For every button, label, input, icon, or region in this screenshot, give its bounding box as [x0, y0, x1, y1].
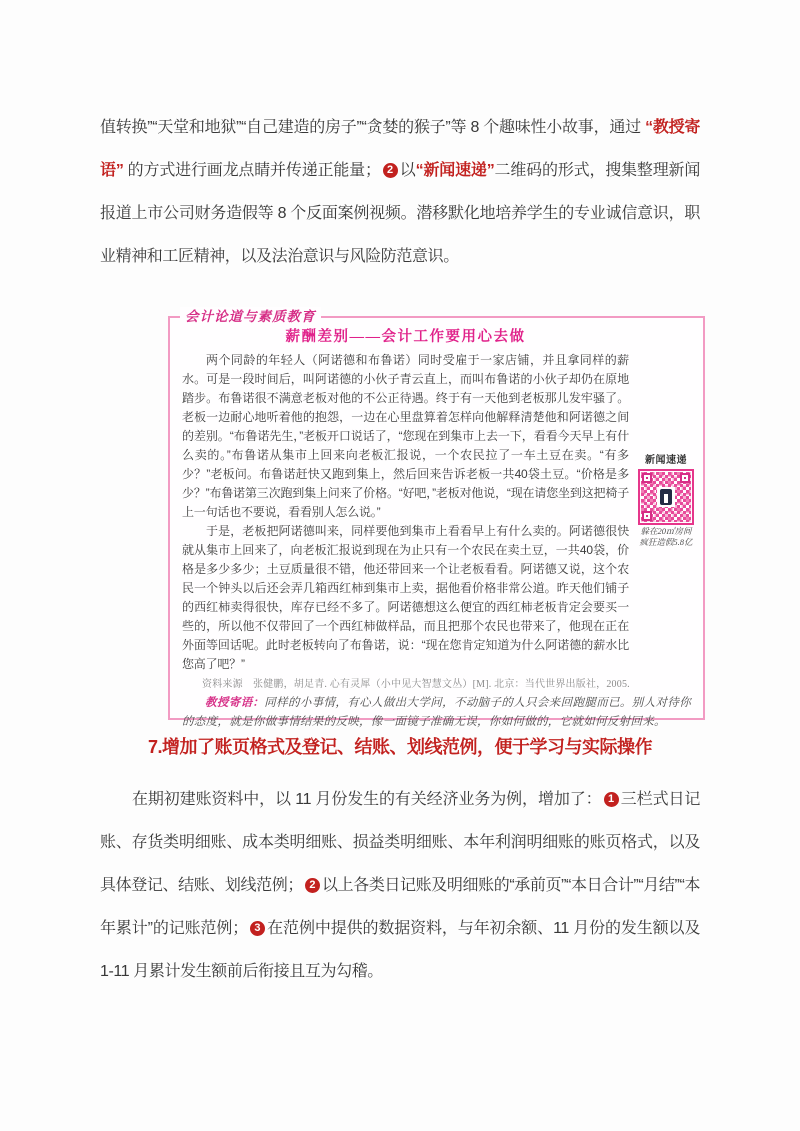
qr-finder-top-left-icon: [642, 473, 652, 483]
story-box-body: 两个同龄的年轻人（阿诺德和布鲁诺）同时受雇于一家店铺，并且拿同样的薪水。可是一段…: [182, 351, 629, 674]
bottom-paragraph: 在期初建账资料中，以 11 月份发生的有关经济业务为例，增加了：1三栏式日记账、…: [100, 778, 700, 993]
qr-label: 新闻速递: [634, 454, 698, 467]
highlighted-text: “新闻速递”: [416, 162, 495, 179]
qr-finder-bottom-left-icon: [642, 511, 652, 521]
red-circled-number: 2: [305, 878, 320, 893]
qr-caption-line1: 躲在20㎡房间: [634, 526, 698, 537]
qr-finder-top-right-icon: [680, 473, 690, 483]
story-box: 会计论道与素质教育 薪酬差别——会计工作要用心去做 两个同龄的年轻人（阿诺德和布…: [168, 316, 705, 720]
section-heading: 7.增加了账页格式及登记、结账、划线范例，便于学习与实际操作: [100, 733, 700, 759]
qr-caption-line2: 疯狂造假5.8亿: [634, 537, 698, 548]
story-box-tab-label: 会计论道与素质教育: [180, 307, 321, 327]
document-page: 值转换”“天堂和地狱”“自己建造的房子”“贪婪的猴子”等 8 个趣味性小故事，通…: [0, 0, 800, 1131]
top-paragraph: 值转换”“天堂和地狱”“自己建造的房子”“贪婪的猴子”等 8 个趣味性小故事，通…: [100, 106, 700, 278]
red-circled-number: 1: [604, 792, 619, 807]
story-box-title: 薪酬差别——会计工作要用心去做: [182, 327, 629, 347]
source-line: 资料来源 张健鹏，胡足青. 心有灵犀（小中见大智慧文丛）[M]. 北京：当代世界…: [182, 677, 691, 692]
story-paragraph-2: 于是，老板把阿诺德叫来，同样要他到集市上看看早上有什么卖的。阿诺德很快就从集市上…: [182, 522, 629, 674]
qr-center-logo-icon: [657, 487, 675, 507]
qr-logo-mark: [660, 489, 672, 505]
qr-block: 新闻速递 躲在20㎡房间 疯狂造假5.8亿: [634, 454, 698, 548]
story-paragraph-1: 两个同龄的年轻人（阿诺德和布鲁诺）同时受雇于一家店铺，并且拿同样的薪水。可是一段…: [182, 351, 629, 522]
professor-note-label: 教授寄语：: [205, 697, 264, 709]
professor-note: 教授寄语：同样的小事情，有心人做出大学问，不动脑子的人只会来回跑腿而已。别人对待…: [182, 694, 691, 732]
red-circled-number: 3: [250, 921, 265, 936]
red-circled-number: 2: [383, 163, 398, 178]
qr-code-icon: [638, 469, 694, 525]
